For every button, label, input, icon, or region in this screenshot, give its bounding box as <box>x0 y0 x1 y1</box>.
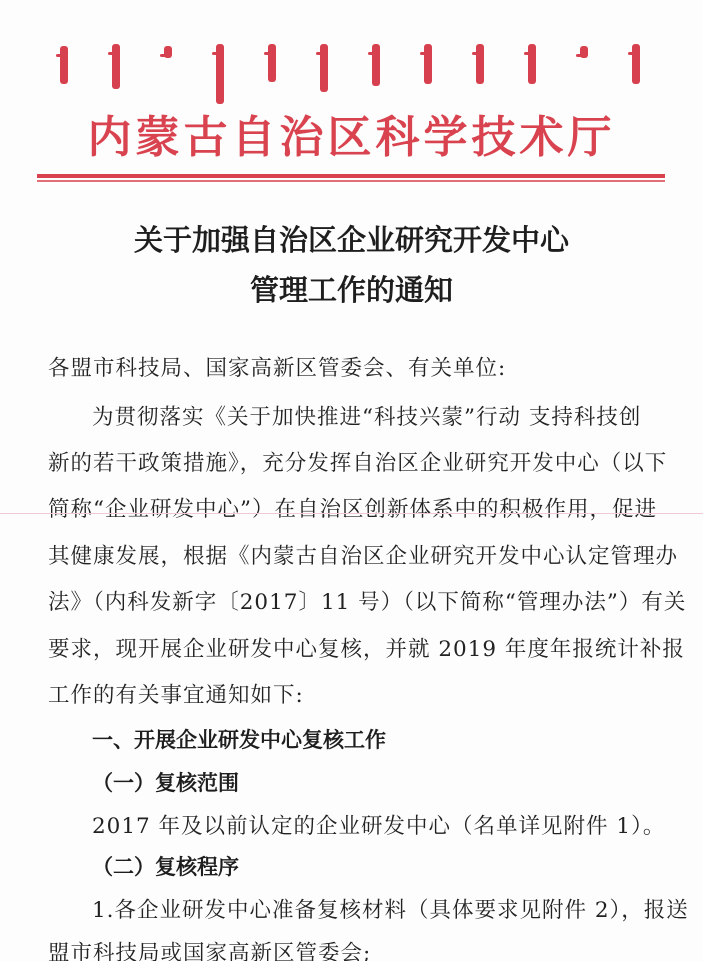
mongolian-glyph <box>424 44 432 84</box>
mongolian-script-header <box>60 40 640 110</box>
mongolian-glyph <box>528 44 536 84</box>
mongolian-glyph <box>580 46 588 58</box>
mongolian-glyph <box>60 46 68 84</box>
body-line: 工作的有关事宜通知如下: <box>48 678 660 709</box>
body-line: 新的若干政策措施》，充分发挥自治区企业研究开发中心（以下 <box>48 446 660 477</box>
mongolian-glyph <box>372 44 380 86</box>
header-rule-thin <box>37 180 665 182</box>
list-item-1-cont: 盟市科技局或国家高新区管委会; <box>48 936 660 961</box>
agency-name-header: 内蒙古自治区科学技术厅 <box>0 110 703 165</box>
mongolian-glyph <box>268 44 276 82</box>
subsection-text-1: 2017 年及以前认定的企业研发中心（名单详见附件 1）。 <box>92 809 703 840</box>
mongolian-glyph <box>112 44 120 89</box>
body-line: 为贯彻落实《关于加快推进“科技兴蒙”行动 支持科技创 <box>92 400 703 431</box>
body-line: 要求，现开展企业研发中心复核，并就 2019 年度年报统计补报 <box>48 632 660 663</box>
mongolian-glyph <box>632 44 640 84</box>
mongolian-glyph <box>476 44 484 84</box>
section-heading-1: 一、开展企业研发中心复核工作 <box>92 724 386 754</box>
subsection-heading-2: （二）复核程序 <box>92 851 239 881</box>
body-line: 其健康发展，根据《内蒙古自治区企业研究开发中心认定管理办 <box>48 539 660 570</box>
document-title-line2: 管理工作的通知 <box>0 268 703 309</box>
document-page: 内蒙古自治区科学技术厅 关于加强自治区企业研究开发中心 管理工作的通知 各盟市科… <box>0 0 703 961</box>
mongolian-glyph <box>164 46 172 58</box>
body-line: 法》（内科发新字〔2017〕11 号）（以下简称“管理办法”）有关 <box>48 585 660 616</box>
mongolian-glyph <box>320 44 328 92</box>
document-title-line1: 关于加强自治区企业研究开发中心 <box>0 218 703 259</box>
salutation: 各盟市科技局、国家高新区管委会、有关单位: <box>48 351 660 382</box>
mongolian-glyph <box>216 44 224 104</box>
list-item-1: 1.各企业研发中心准备复核材料（具体要求见附件 2），报送 <box>92 893 703 924</box>
scan-artifact-line <box>0 513 703 514</box>
subsection-heading-1: （一）复核范围 <box>92 767 239 797</box>
body-line: 简称“企业研发中心”）在自治区创新体系中的积极作用，促进 <box>48 492 660 523</box>
header-rule-thick <box>37 174 665 178</box>
